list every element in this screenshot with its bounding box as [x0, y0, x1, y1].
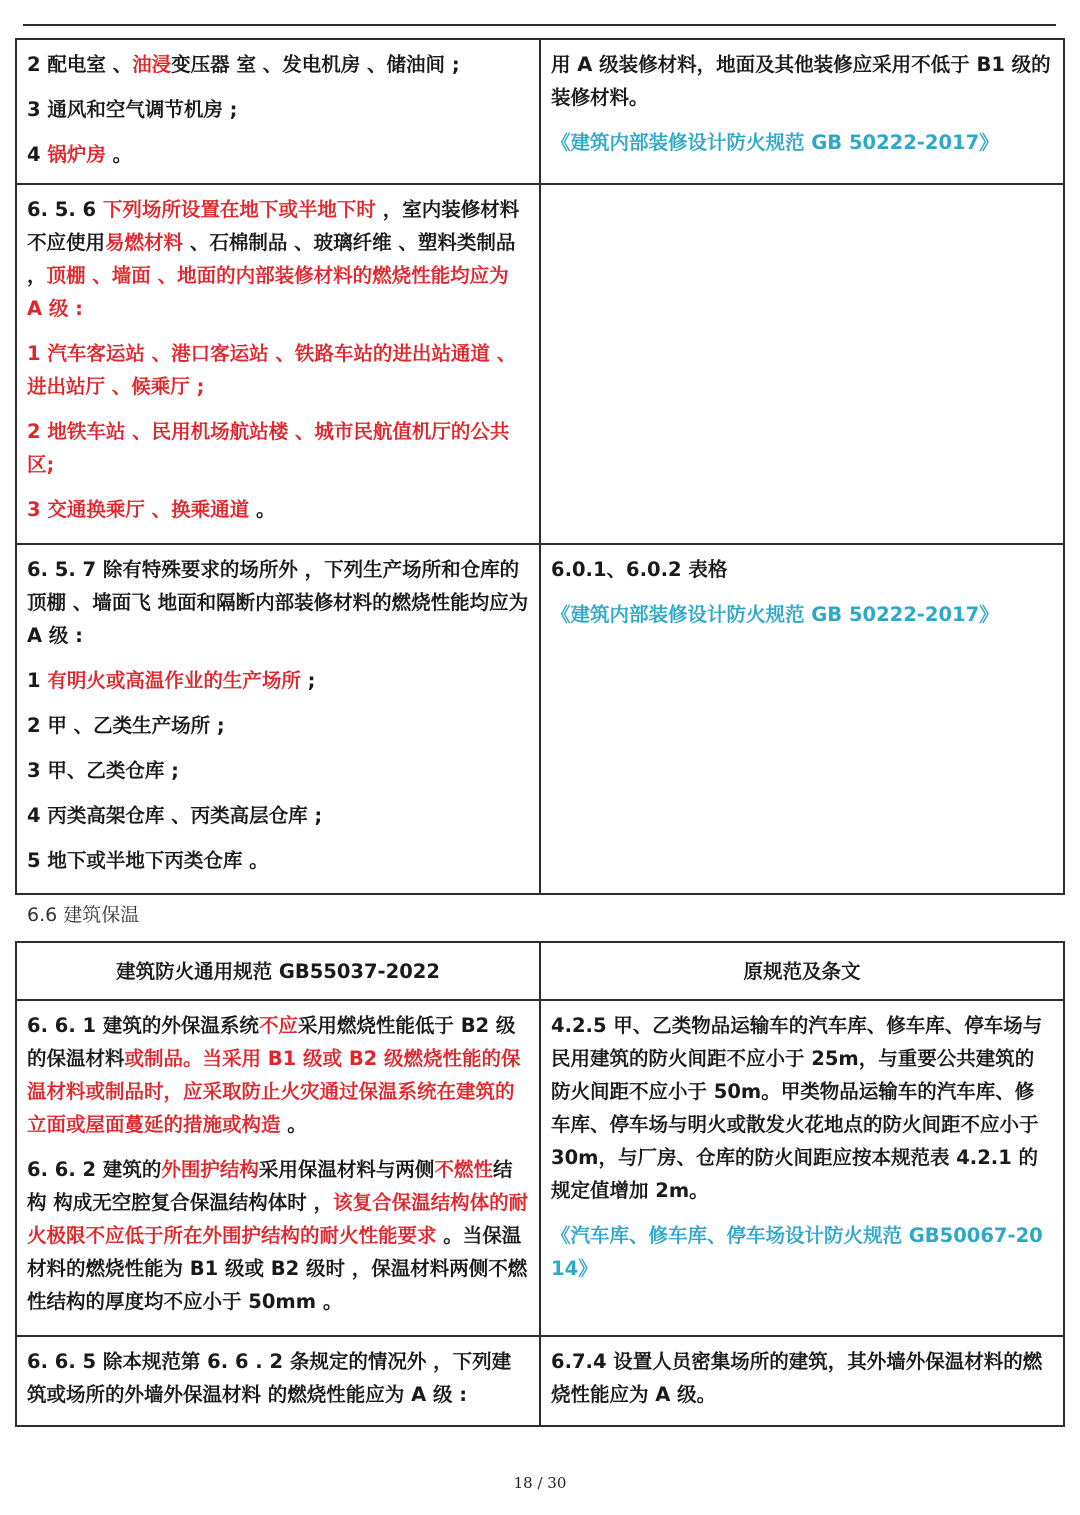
body-text: ; — [301, 669, 316, 692]
comparison-table-6-5: 2 配电室 、油浸变压器 室 、发电机房 、储油间 ;3 通风和空气调节机房 ;… — [15, 38, 1065, 895]
highlighted-text: 锅炉房 — [47, 143, 106, 166]
comparison-table-6-6: 建筑防火通用规范 GB55037-2022 原规范及条文 6. 6. 1 建筑的… — [15, 941, 1065, 1427]
body-text: 2 配电室 、 — [27, 53, 132, 76]
highlighted-text: 有明火或高温作业的生产场所 — [47, 669, 301, 692]
highlighted-text: 顶棚 、墙面 、地面的内部装修材料的燃烧性能均应为 A 级 : — [27, 264, 509, 320]
body-text: 5 地下或半地下丙类仓库 。 — [27, 849, 269, 872]
clause-paragraph: 1 有明火或高温作业的生产场所 ; — [27, 664, 529, 697]
highlighted-text: 2 地铁车站 、民用机场航站楼 、城市民航值机厅的公共区; — [27, 420, 509, 476]
body-text: 2 甲 、乙类生产场所 ; — [27, 714, 225, 737]
body-text: 6. 6. 2 建筑的 — [27, 1158, 161, 1181]
citation-text: 《汽车库、修车库、停车场设计防火规范 GB50067-2014》 — [551, 1224, 1043, 1280]
body-text: 6. 6. 5 除本规范第 6. 6 . 2 条规定的情况外 ，下列建筑或场所的… — [27, 1350, 511, 1406]
section-heading: 6.6 建筑保温 — [27, 900, 139, 927]
column-header-new-code: 建筑防火通用规范 GB55037-2022 — [16, 942, 540, 1000]
body-text: 6. 5. 6 — [27, 198, 103, 221]
cell-original-code — [540, 184, 1064, 544]
body-text: 4.2.5 甲、乙类物品运输车的汽车库、修车库、停车场与民用建筑的防火间距不应小… — [551, 1014, 1042, 1202]
table-row: 6. 5. 6 下列场所设置在地下或半地下时 ，室内装修材料不应使用易燃材料 、… — [16, 184, 1064, 544]
table-row: 6. 6. 1 建筑的外保温系统不应采用燃烧性能低于 B2 级的保温材料或制品。… — [16, 1000, 1064, 1336]
highlighted-text: 不应 — [259, 1014, 298, 1037]
clause-paragraph: 6. 6. 5 除本规范第 6. 6 . 2 条规定的情况外 ，下列建筑或场所的… — [27, 1345, 529, 1411]
citation-text: 《建筑内部装修设计防火规范 GB 50222-2017》 — [551, 603, 999, 626]
clause-paragraph: 3 通风和空气调节机房 ; — [27, 93, 529, 126]
clause-paragraph: 6.0.1、6.0.2 表格 — [551, 553, 1053, 586]
clause-paragraph: 4 丙类高架仓库 、丙类高层仓库 ; — [27, 799, 529, 832]
clause-paragraph: 4.2.5 甲、乙类物品运输车的汽车库、修车库、停车场与民用建筑的防火间距不应小… — [551, 1009, 1053, 1207]
clause-paragraph: 1 汽车客运站 、港口客运站 、铁路车站的进出站通道 、进出站厅 、候乘厅 ; — [27, 337, 529, 403]
body-text: 。 — [249, 498, 275, 521]
cell-original-code: 6.7.4 设置人员密集场所的建筑，其外墙外保温材料的燃烧性能应为 A 级。 — [540, 1336, 1064, 1426]
highlighted-text: 易燃材料 — [105, 231, 183, 254]
cell-new-code: 6. 6. 1 建筑的外保温系统不应采用燃烧性能低于 B2 级的保温材料或制品。… — [16, 1000, 540, 1336]
highlighted-text: 油浸 — [132, 53, 171, 76]
table-row: 6. 5. 7 除有特殊要求的场所外 ，下列生产场所和仓库的顶棚 、墙面飞 地面… — [16, 544, 1064, 894]
highlighted-text: 不燃性 — [434, 1158, 493, 1181]
table-row: 6. 6. 5 除本规范第 6. 6 . 2 条规定的情况外 ，下列建筑或场所的… — [16, 1336, 1064, 1426]
column-header-original-code: 原规范及条文 — [540, 942, 1064, 1000]
body-text: 采用保温材料与两侧 — [259, 1158, 435, 1181]
highlighted-text: 1 汽车客运站 、港口客运站 、铁路车站的进出站通道 、进出站厅 、候乘厅 ; — [27, 342, 516, 398]
table-row: 2 配电室 、油浸变压器 室 、发电机房 、储油间 ;3 通风和空气调节机房 ;… — [16, 39, 1064, 184]
clause-paragraph: 3 甲、乙类仓库 ; — [27, 754, 529, 787]
page-number: 18 / 30 — [0, 1474, 1080, 1492]
citation-reference: 《建筑内部装修设计防火规范 GB 50222-2017》 — [551, 126, 1053, 159]
clause-paragraph: 3 交通换乘厅 、换乘通道 。 — [27, 493, 529, 526]
cell-new-code: 6. 5. 7 除有特殊要求的场所外 ，下列生产场所和仓库的顶棚 、墙面飞 地面… — [16, 544, 540, 894]
body-text: 6. 6. 1 建筑的外保温系统 — [27, 1014, 259, 1037]
clause-paragraph: 2 甲 、乙类生产场所 ; — [27, 709, 529, 742]
clause-paragraph: 2 地铁车站 、民用机场航站楼 、城市民航值机厅的公共区; — [27, 415, 529, 481]
clause-paragraph: 6. 5. 6 下列场所设置在地下或半地下时 ，室内装修材料不应使用易燃材料 、… — [27, 193, 529, 325]
highlighted-text: 3 交通换乘厅 、换乘通道 — [27, 498, 249, 521]
cell-original-code: 4.2.5 甲、乙类物品运输车的汽车库、修车库、停车场与民用建筑的防火间距不应小… — [540, 1000, 1064, 1336]
cell-new-code: 6. 5. 6 下列场所设置在地下或半地下时 ，室内装修材料不应使用易燃材料 、… — [16, 184, 540, 544]
body-text: 3 甲、乙类仓库 ; — [27, 759, 179, 782]
clause-paragraph: 6. 6. 1 建筑的外保温系统不应采用燃烧性能低于 B2 级的保温材料或制品。… — [27, 1009, 529, 1141]
body-text: 3 通风和空气调节机房 ; — [27, 98, 237, 121]
citation-reference: 《建筑内部装修设计防火规范 GB 50222-2017》 — [551, 598, 1053, 631]
clause-paragraph: 6. 5. 7 除有特殊要求的场所外 ，下列生产场所和仓库的顶棚 、墙面飞 地面… — [27, 553, 529, 652]
clause-paragraph: 6.7.4 设置人员密集场所的建筑，其外墙外保温材料的燃烧性能应为 A 级。 — [551, 1345, 1053, 1411]
cell-new-code: 2 配电室 、油浸变压器 室 、发电机房 、储油间 ;3 通风和空气调节机房 ;… — [16, 39, 540, 184]
body-text: 4 — [27, 143, 47, 166]
clause-paragraph: 4 锅炉房 。 — [27, 138, 529, 171]
body-text: 6.0.1、6.0.2 表格 — [551, 558, 727, 581]
cell-original-code: 6.0.1、6.0.2 表格《建筑内部装修设计防火规范 GB 50222-201… — [540, 544, 1064, 894]
body-text: 。 — [281, 1113, 307, 1136]
table-header-row: 建筑防火通用规范 GB55037-2022 原规范及条文 — [16, 942, 1064, 1000]
highlighted-text: 下列场所设置在地下或半地下时 — [103, 198, 376, 221]
body-text: 6. 5. 7 除有特殊要求的场所外 ，下列生产场所和仓库的顶棚 、墙面飞 地面… — [27, 558, 528, 647]
body-text: 。 — [106, 143, 132, 166]
body-text: 用 A 级装修材料，地面及其他装修应采用不低于 B1 级的装修材料。 — [551, 53, 1051, 109]
clause-paragraph: 5 地下或半地下丙类仓库 。 — [27, 844, 529, 877]
highlighted-text: 外围护结构 — [161, 1158, 259, 1181]
body-text: 变压器 室 、发电机房 、储油间 ; — [171, 53, 459, 76]
body-text: 1 — [27, 669, 47, 692]
clause-paragraph: 2 配电室 、油浸变压器 室 、发电机房 、储油间 ; — [27, 48, 529, 81]
clause-paragraph: 用 A 级装修材料，地面及其他装修应采用不低于 B1 级的装修材料。 — [551, 48, 1053, 114]
citation-reference: 《汽车库、修车库、停车场设计防火规范 GB50067-2014》 — [551, 1219, 1053, 1285]
citation-text: 《建筑内部装修设计防火规范 GB 50222-2017》 — [551, 131, 999, 154]
clause-paragraph: 6. 6. 2 建筑的外围护结构采用保温材料与两侧不燃性结构 构成无空腔复合保温… — [27, 1153, 529, 1318]
body-text: 4 丙类高架仓库 、丙类高层仓库 ; — [27, 804, 322, 827]
cell-new-code: 6. 6. 5 除本规范第 6. 6 . 2 条规定的情况外 ，下列建筑或场所的… — [16, 1336, 540, 1426]
body-text: 6.7.4 设置人员密集场所的建筑，其外墙外保温材料的燃烧性能应为 A 级。 — [551, 1350, 1042, 1406]
header-rule — [23, 24, 1056, 26]
cell-original-code: 用 A 级装修材料，地面及其他装修应采用不低于 B1 级的装修材料。《建筑内部装… — [540, 39, 1064, 184]
